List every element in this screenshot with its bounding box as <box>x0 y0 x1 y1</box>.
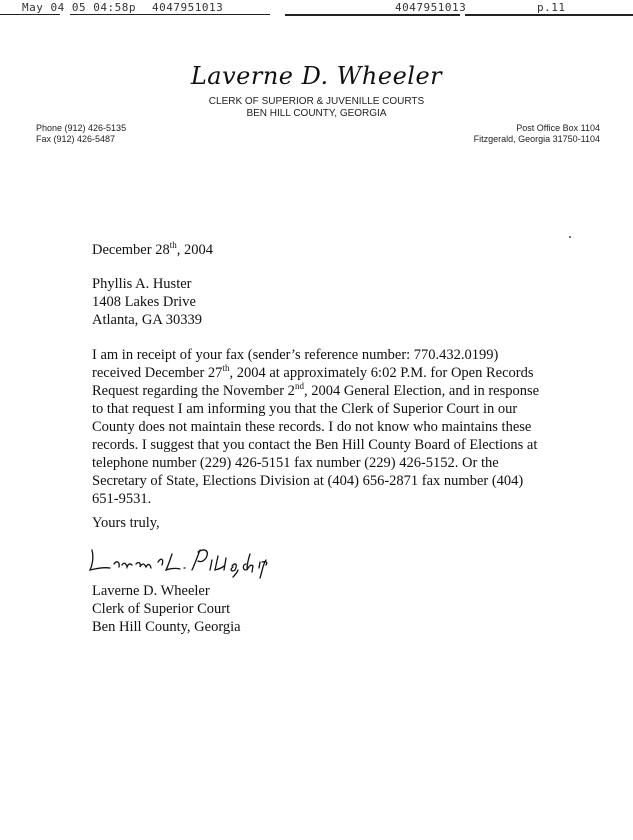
body-line: received December 27th, 2004 at approxim… <box>92 364 562 382</box>
fax-divider <box>465 14 633 16</box>
body-line: Request regarding the November 2nd, 2004… <box>92 382 562 400</box>
letter-date: December 28th, 2004 <box>92 241 213 259</box>
body-line: County does not maintain these records. … <box>92 418 562 436</box>
letterhead-title: CLERK OF SUPERIOR & JUVENILLE COURTS <box>0 96 633 107</box>
signature-icon <box>88 540 288 580</box>
letter-body: I am in receipt of your fax (sender’s re… <box>92 346 562 508</box>
letterhead-address-block: Post Office Box 1104 Fitzgerald, Georgia… <box>474 123 600 145</box>
recipient-name: Phyllis A. Huster <box>92 275 202 293</box>
fax-divider <box>70 14 270 15</box>
fax-divider <box>285 14 460 16</box>
body-line: I am in receipt of your fax (sender’s re… <box>92 346 562 364</box>
signer-name: Laverne D. Wheeler <box>92 582 241 600</box>
recipient-address: Phyllis A. Huster 1408 Lakes Drive Atlan… <box>92 275 202 329</box>
body-line: 651-9531. <box>92 490 562 508</box>
body-line: to that request I am informing you that … <box>92 400 562 418</box>
body-line: telephone number (229) 426-5151 fax numb… <box>92 454 562 472</box>
signer-county: Ben Hill County, Georgia <box>92 618 241 636</box>
fax-page-number: p.11 <box>537 1 566 14</box>
letterhead-county: BEN HILL COUNTY, GEORGIA <box>0 108 633 119</box>
recipient-city: Atlanta, GA 30339 <box>92 311 202 329</box>
letterhead-phone: Phone (912) 426-5135 <box>36 123 126 134</box>
fax-datetime: May 04 05 04:58p <box>22 1 136 14</box>
letterhead-name: Laverne D. Wheeler <box>0 62 633 90</box>
body-line: records. I suggest that you contact the … <box>92 436 562 454</box>
recipient-street: 1408 Lakes Drive <box>92 293 202 311</box>
letterhead-phone-block: Phone (912) 426-5135 Fax (912) 426-5487 <box>36 123 126 145</box>
signer-title: Clerk of Superior Court <box>92 600 241 618</box>
scan-speck <box>569 236 571 238</box>
fax-to-number: 4047951013 <box>395 1 466 14</box>
fax-divider <box>0 14 60 15</box>
fax-header: May 04 05 04:58p 4047951013 4047951013 p… <box>0 0 633 16</box>
handwritten-signature <box>88 540 288 585</box>
body-line: Secretary of State, Elections Division a… <box>92 472 562 490</box>
letterhead-fax: Fax (912) 426-5487 <box>36 134 126 145</box>
letterhead-city: Fitzgerald, Georgia 31750-1104 <box>474 134 600 145</box>
letter-closing: Yours truly, <box>92 514 160 532</box>
fax-from-number: 4047951013 <box>152 1 223 14</box>
signer-block: Laverne D. Wheeler Clerk of Superior Cou… <box>92 582 241 636</box>
letterhead-po-box: Post Office Box 1104 <box>474 123 600 134</box>
